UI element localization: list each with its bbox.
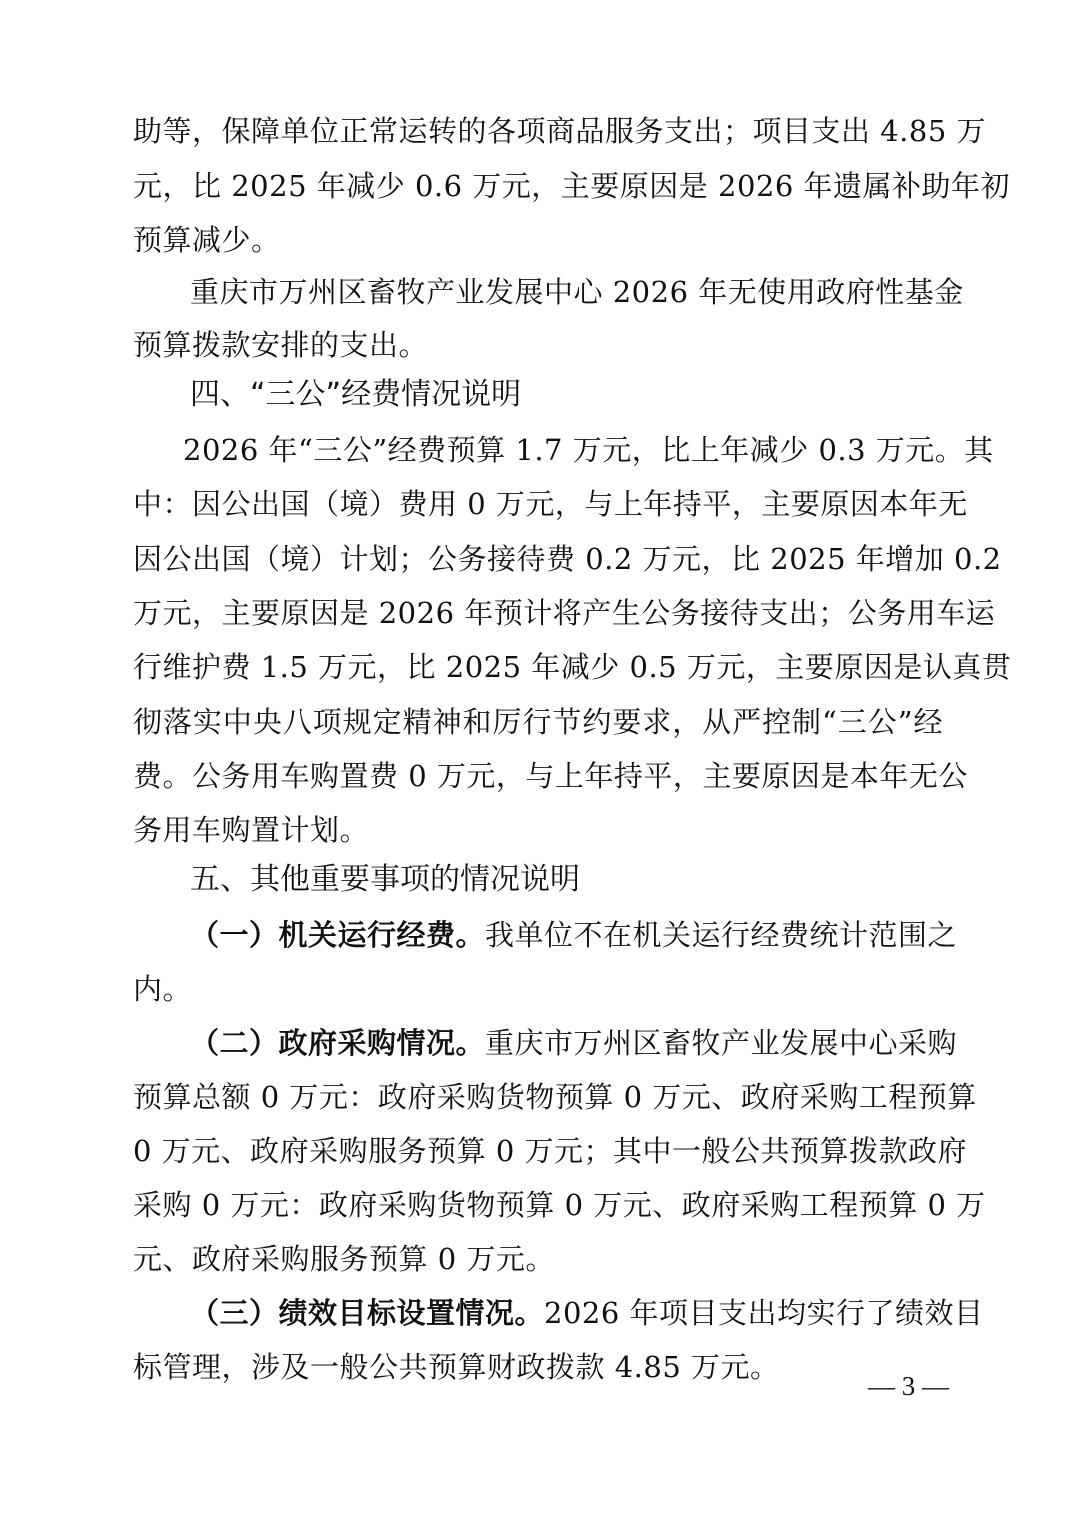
subsection-1-text: 我单位不在机关运行经费统计范围之 <box>485 918 957 952</box>
subsection-3-title: （三）绩效目标设置情况。 <box>190 1296 544 1330</box>
paragraph-line: 彻落实中央八项规定精神和厉行节约要求，从严控制“三公”经 <box>133 705 943 739</box>
paragraph-line: 行维护费 1.5 万元，比 2025 年减少 0.5 万元，主要原因是认真贯 <box>133 650 943 684</box>
paragraph-line: 预算拨款安排的支出。 <box>133 328 943 362</box>
paragraph-line: 0 万元、政府采购服务预算 0 万元；其中一般公共预算拨款政府 <box>133 1134 943 1168</box>
paragraph-line: 内。 <box>133 972 943 1006</box>
subsection-1-first-line: （一）机关运行经费。我单位不在机关运行经费统计范围之 <box>190 918 943 952</box>
paragraph-line: 助等，保障单位正常运转的各项商品服务支出；项目支出 4.85 万 <box>133 114 943 148</box>
paragraph-line: 因公出国（境）计划；公务接待费 0.2 万元，比 2025 年增加 0.2 <box>133 542 943 576</box>
paragraph-line: 万元，主要原因是 2026 年预计将产生公务接待支出；公务用车运 <box>133 596 943 630</box>
section-heading-5: 五、其他重要事项的情况说明 <box>190 862 580 898</box>
subsection-1-title: （一）机关运行经费。 <box>190 918 485 952</box>
section-heading-4: 四、“三公”经费情况说明 <box>190 377 521 413</box>
subsection-3-first-line: （三）绩效目标设置情况。2026 年项目支出均实行了绩效目 <box>190 1296 943 1330</box>
document-page: 助等，保障单位正常运转的各项商品服务支出；项目支出 4.85 万 元，比 202… <box>0 0 1074 1520</box>
paragraph-line: 务用车购置计划。 <box>133 813 943 847</box>
paragraph-line: 2026 年“三公”经费预算 1.7 万元，比上年减少 0.3 万元。其 <box>183 433 943 467</box>
subsection-2-title: （二）政府采购情况。 <box>190 1026 485 1060</box>
subsection-2-first-line: （二）政府采购情况。重庆市万州区畜牧产业发展中心采购 <box>190 1026 943 1060</box>
subsection-3-text: 2026 年项目支出均实行了绩效目 <box>544 1296 984 1330</box>
paragraph-line: 预算总额 0 万元：政府采购货物预算 0 万元、政府采购工程预算 <box>133 1080 943 1114</box>
paragraph-line: 重庆市万州区畜牧产业发展中心 2026 年无使用政府性基金 <box>190 275 943 309</box>
paragraph-line: 标管理，涉及一般公共预算财政拨款 4.85 万元。 <box>133 1350 943 1384</box>
paragraph-line: 元，比 2025 年减少 0.6 万元，主要原因是 2026 年遗属补助年初 <box>133 169 943 203</box>
paragraph-line: 采购 0 万元：政府采购货物预算 0 万元、政府采购工程预算 0 万 <box>133 1188 943 1222</box>
paragraph-line: 预算减少。 <box>133 223 943 257</box>
paragraph-line: 元、政府采购服务预算 0 万元。 <box>133 1242 943 1276</box>
page-number: — 3 — <box>868 1370 949 1402</box>
paragraph-line: 费。公务用车购置费 0 万元，与上年持平，主要原因是本年无公 <box>133 759 943 793</box>
subsection-2-text: 重庆市万州区畜牧产业发展中心采购 <box>485 1026 957 1060</box>
paragraph-line: 中：因公出国（境）费用 0 万元，与上年持平，主要原因本年无 <box>133 487 943 521</box>
